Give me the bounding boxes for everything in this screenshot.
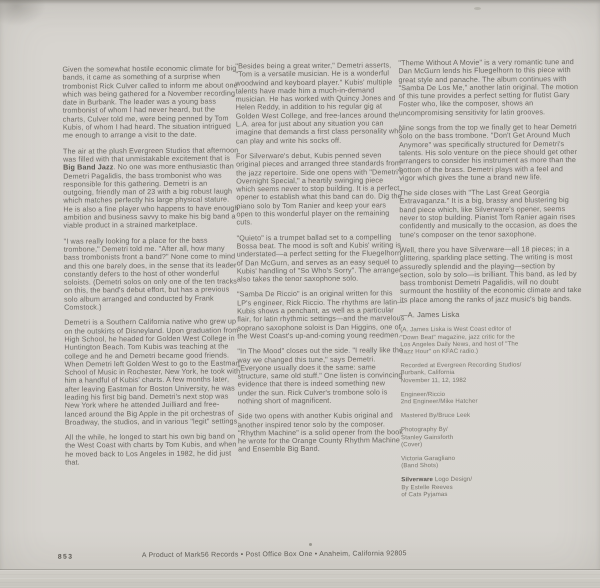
album-back-cover: Given the somewhat hostile economic clim… (0, 0, 600, 588)
paragraph: Demetri is a Southern California native … (64, 318, 241, 427)
paragraph: "Quieto" is a trumpet ballad set to a co… (237, 233, 405, 284)
liner-notes: Given the somewhat hostile economic clim… (0, 0, 600, 588)
author-byline: —A. James Liska (400, 310, 582, 320)
production-credits: Recorded at Evergreen Recording Studios/… (400, 361, 583, 498)
paragraph: "In The Mood" closes out the side. "I re… (237, 346, 405, 405)
scan-streak-artifacts (0, 570, 600, 588)
paragraph-text: . No one was more enthusiastic than Deme… (63, 162, 238, 230)
paragraph: The side closes with "The Last Great Geo… (399, 188, 581, 239)
paragraph: Nine songs from the top we finally get t… (399, 123, 581, 182)
credit-engineers: Engineer/Riccio 2nd Engineer/Mike Hatche… (401, 390, 583, 406)
record-label-address-line: A Product of Mark56 Records • Post Offic… (142, 550, 407, 559)
credit-mastering: Mastered By/Bruce Leek (401, 411, 583, 419)
paragraph: "Besides being a great writer," Demetri … (235, 61, 404, 145)
paragraph: Given the somewhat hostile economic clim… (62, 64, 239, 140)
liner-notes-column-3: "Theme Without A Movie" is a very romant… (398, 58, 583, 505)
paragraph: For Silverware's debut, Kubis penned sev… (236, 151, 405, 227)
paragraph: "Samba De Riccio" is an original written… (237, 290, 405, 341)
scan-speck (474, 7, 481, 10)
paragraph: "Theme Without A Movie" is a very romant… (398, 58, 580, 117)
paragraph: Side two opens with another Kubis origin… (238, 412, 406, 455)
credit-recorded-at: Recorded at Evergreen Recording Studios/… (400, 361, 582, 384)
author-bio-note: (A. James Liska is West Coast editor of … (400, 326, 526, 356)
liner-notes-column-1: Given the somewhat hostile economic clim… (62, 64, 241, 474)
silverware-name-emphasis: Silverware (401, 476, 433, 483)
credit-logo-design: Silverware Logo Design/ By Estelle Reeve… (401, 475, 583, 498)
paragraph-text: The air at the plush Evergreen Studios t… (63, 145, 238, 164)
credit-photography-band: Victoria Garagliano (Band Shots) (401, 454, 583, 470)
paragraph: "I was really looking for a place for th… (64, 236, 241, 312)
scan-speck (309, 543, 312, 546)
credit-photography-cover: Photography By/ Stanley Gainsforth (Cove… (401, 425, 583, 448)
catalog-number: 853 (58, 554, 74, 561)
paragraph: All the while, he longed to start his ow… (65, 433, 241, 467)
paragraph: The air at the plush Evergreen Studios t… (63, 146, 240, 230)
paragraph: Well, there you have Silverware—all 18 p… (400, 245, 582, 304)
liner-notes-column-2: "Besides being a great writer," Demetri … (235, 61, 406, 461)
